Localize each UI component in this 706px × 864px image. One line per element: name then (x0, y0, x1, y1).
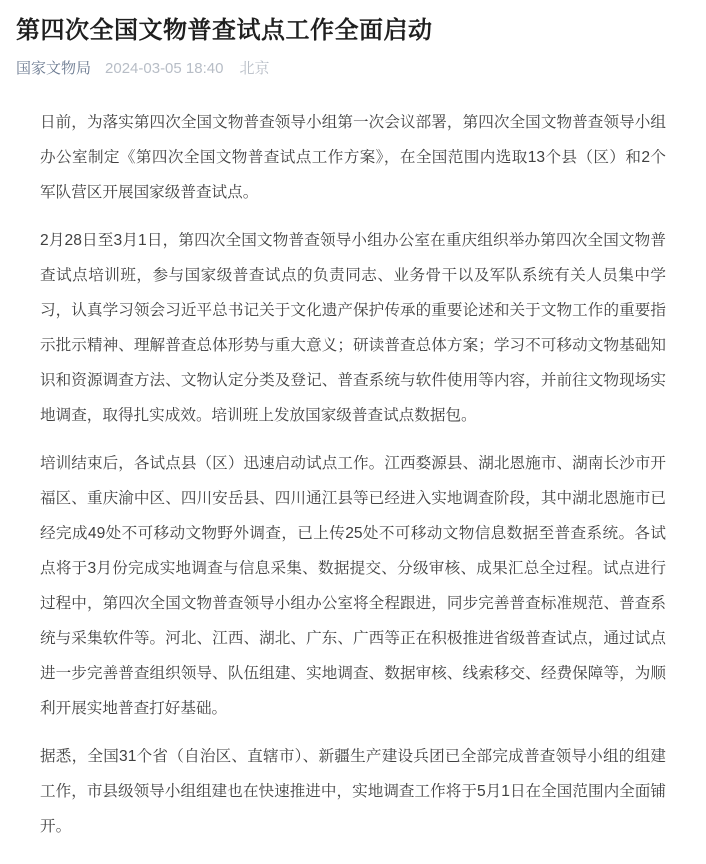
article-datetime: 2024-03-05 18:40 (105, 59, 223, 79)
article-meta: 国家文物局 2024-03-05 18:40 北京 (16, 59, 690, 79)
article-paragraph-3: 培训结束后，各试点县（区）迅速启动试点工作。江西婺源县、湖北恩施市、湖南长沙市开… (40, 446, 666, 726)
article-page: 第四次全国文物普查试点工作全面启动 国家文物局 2024-03-05 18:40… (0, 0, 706, 864)
article-body: 日前，为落实第四次全国文物普查领导小组第一次会议部署，第四次全国文物普查领导小组… (40, 105, 666, 844)
article-title: 第四次全国文物普查试点工作全面启动 (16, 15, 689, 46)
article-paragraph-4: 据悉，全国31个省（自治区、直辖市）、新疆生产建设兵团已全部完成普查领导小组的组… (40, 739, 666, 844)
article-paragraph-2: 2月28日至3月1日，第四次全国文物普查领导小组办公室在重庆组织举办第四次全国文… (40, 223, 666, 433)
article-paragraph-1: 日前，为落实第四次全国文物普查领导小组第一次会议部署，第四次全国文物普查领导小组… (40, 105, 666, 210)
article-source-link[interactable]: 国家文物局 (16, 59, 91, 79)
article-location: 北京 (239, 59, 269, 79)
